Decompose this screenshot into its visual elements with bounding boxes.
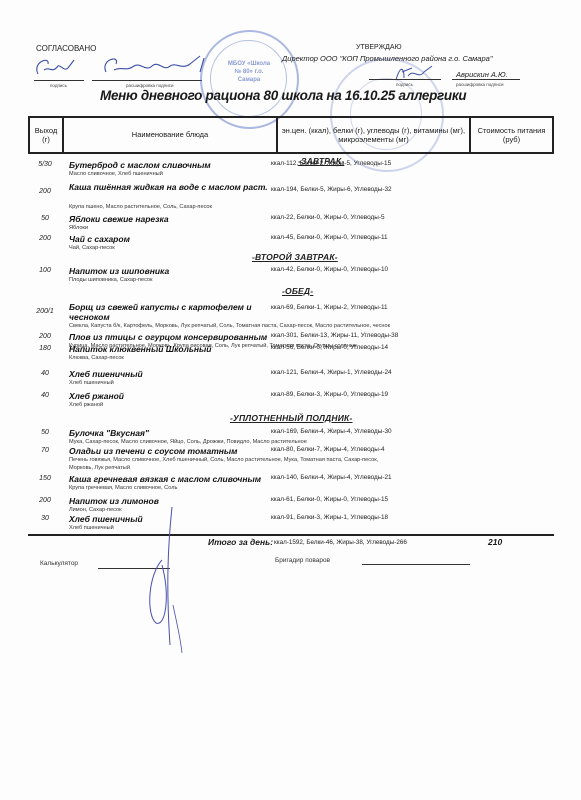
item-ingredients: Плоды шиповника, Сахар-песок	[69, 277, 153, 283]
item-yield: 100	[28, 267, 62, 274]
item-yield: 200	[28, 235, 62, 242]
calculator-label: Калькулятор	[40, 560, 78, 567]
item-ingredients: Крупа гречневая, Масло сливочное, Соль	[69, 485, 177, 491]
item-yield: 200	[28, 333, 62, 340]
item-yield: 40	[28, 370, 62, 377]
item-dish-name: Хлеб ржаной	[69, 391, 274, 401]
item-nutrition: ккал-56, Белки-0, Жиры-0, Углеводы-14	[271, 344, 388, 351]
item-nutrition: ккал-121, Белки-4, Жиры-1, Углеводы-24	[271, 369, 392, 376]
total-label: Итого за день:	[208, 537, 273, 547]
menu-body: -ЗАВТРАК-5/30Бутерброд с маслом сливочны…	[0, 0, 581, 800]
item-yield: 50	[28, 215, 62, 222]
item-dish-name: Каша пшённая жидкая на воде с маслом рас…	[69, 182, 274, 192]
total-nutrition: ккал-1592, Белки-46, Жиры-38, Углеводы-2…	[274, 539, 407, 546]
item-nutrition: ккал-301, Белки-13, Жиры-11, Углеводы-38	[271, 332, 398, 339]
item-yield: 50	[28, 429, 62, 436]
item-ingredients: Чай, Сахар-песок	[69, 245, 115, 251]
item-ingredients: Хлеб ржаной	[69, 402, 103, 408]
item-dish-name: Чай с сахаром	[69, 234, 274, 244]
item-nutrition: ккал-169, Белки-4, Жиры-4, Углеводы-30	[271, 428, 392, 435]
total-divider	[28, 534, 554, 536]
item-ingredients: Хлеб пшеничный	[69, 380, 114, 386]
item-dish-name: Бутерброд с маслом сливочным	[69, 160, 274, 170]
item-yield: 5/30	[28, 161, 62, 168]
item-dish-name: Оладьи из печени с соусом томатным	[69, 446, 274, 456]
section-header: -ОБЕД-	[282, 286, 313, 296]
item-nutrition: ккал-80, Белки-7, Жиры-4, Углеводы-4	[271, 446, 385, 453]
item-dish-name: Хлеб пшеничный	[69, 369, 274, 379]
item-ingredients: Печень говяжья, Масло сливочное, Хлеб пш…	[69, 457, 378, 463]
item-nutrition: ккал-91, Белки-3, Жиры-1, Углеводы-18	[271, 514, 388, 521]
item-nutrition: ккал-89, Белки-3, Жиры-0, Углеводы-19	[271, 391, 388, 398]
item-ingredients: Клюква, Сахар-песок	[69, 355, 124, 361]
handwritten-signature-footer	[140, 505, 190, 655]
item-ingredients: Свекла, Капуста б/к, Картофель, Морковь,…	[69, 323, 390, 329]
section-header: -УПЛОТНЕННЫЙ ПОЛДНИК-	[230, 413, 353, 423]
item-ingredients-continued: Морковь, Лук репчатый	[69, 465, 130, 471]
item-ingredients: Крупа пшено, Масло растительное, Соль, С…	[69, 204, 212, 210]
item-yield: 200	[28, 188, 62, 195]
item-nutrition: ккал-42, Белки-0, Жиры-0, Углеводы-10	[271, 266, 388, 273]
item-dish-name: Булочка "Вкусная"	[69, 428, 274, 438]
item-ingredients: Масло сливочное, Хлеб пшеничный	[69, 171, 163, 177]
item-yield: 200/1	[28, 308, 62, 315]
item-dish-name: Яблоки свежие нарезка	[69, 214, 274, 224]
item-yield: 200	[28, 497, 62, 504]
item-dish-name: Плов из птицы с огурцом консервированным	[69, 332, 274, 342]
item-ingredients: Хлеб пшеничный	[69, 525, 114, 531]
section-header: -ВТОРОЙ ЗАВТРАК-	[252, 252, 338, 262]
item-nutrition: ккал-140, Белки-4, Жиры-4, Углеводы-21	[271, 474, 392, 481]
total-cost: 210	[488, 537, 502, 547]
item-dish-name: Каша гречневая вязкая с маслом сливочным	[69, 474, 274, 484]
item-nutrition: ккал-22, Белки-0, Жиры-0, Углеводы-5	[271, 214, 385, 221]
item-ingredients: Мука, Сахар-песок, Масло сливочное, Яйцо…	[69, 439, 307, 445]
item-nutrition: ккал-61, Белки-0, Жиры-0, Углеводы-15	[271, 496, 388, 503]
item-yield: 180	[28, 345, 62, 352]
item-nutrition: ккал-194, Белки-5, Жиры-6, Углеводы-32	[271, 186, 392, 193]
item-nutrition: ккал-45, Белки-0, Жиры-0, Углеводы-11	[271, 234, 388, 241]
item-ingredients: Лимон, Сахар-песок	[69, 507, 122, 513]
item-dish-name: Борщ из свежей капусты с картофелем и че…	[69, 302, 274, 322]
chef-label: Бригадир поваров	[275, 557, 330, 564]
item-yield: 70	[28, 447, 62, 454]
item-nutrition: ккал-112, Белки-2, Жиры-5, Углеводы-15	[271, 160, 391, 167]
chef-signature-line	[362, 564, 470, 565]
item-ingredients: Яблоки	[69, 225, 88, 231]
item-dish-name: Напиток клюквенный Школьный	[69, 344, 274, 354]
item-nutrition: ккал-69, Белки-1, Жиры-2, Углеводы-11	[271, 304, 388, 311]
item-yield: 30	[28, 515, 62, 522]
item-dish-name: Напиток из шиповника	[69, 266, 274, 276]
item-yield: 150	[28, 475, 62, 482]
item-yield: 40	[28, 392, 62, 399]
